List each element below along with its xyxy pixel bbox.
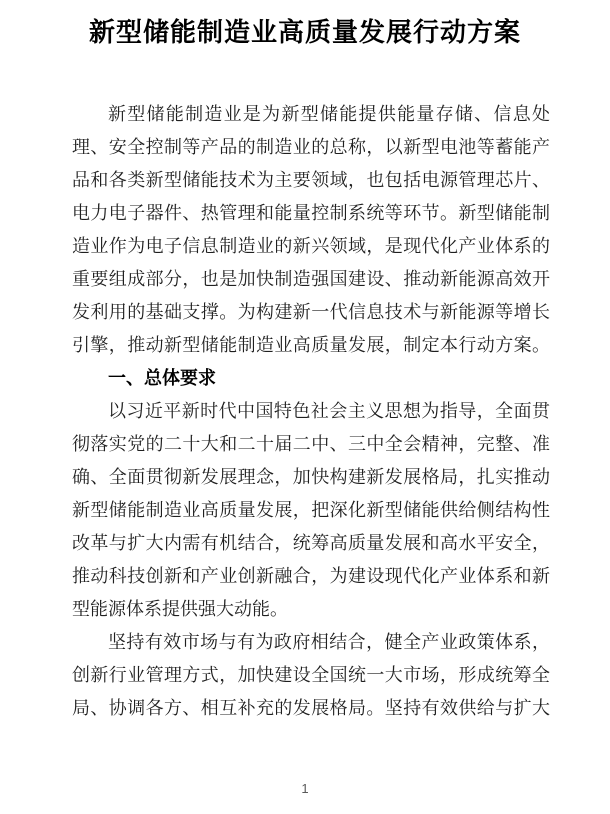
text-line: 创新行业管理方式，加快建设全国统一大市场，形成统筹全 <box>72 659 550 692</box>
text-line: 彻落实党的二十大和二十届二中、三中全会精神，完整、准 <box>72 428 550 461</box>
text-line: 新型储能制造业是为新型储能提供能量存储、信息处 <box>72 98 550 131</box>
text-line: 理、安全控制等产品的制造业的总称，以新型电池等蓄能产 <box>72 131 550 164</box>
document-page: 新型储能制造业高质量发展行动方案 新型储能制造业是为新型储能提供能量存储、信息处… <box>0 0 610 814</box>
paragraph: 新型储能制造业是为新型储能提供能量存储、信息处理、安全控制等产品的制造业的总称，… <box>72 98 550 362</box>
text-line: 新型储能制造业高质量发展，把深化新型储能供给侧结构性 <box>72 494 550 527</box>
document-body: 新型储能制造业是为新型储能提供能量存储、信息处理、安全控制等产品的制造业的总称，… <box>72 98 550 725</box>
text-line: 推动科技创新和产业创新融合，为建设现代化产业体系和新 <box>72 560 550 593</box>
paragraph: 坚持有效市场与有为政府相结合，健全产业政策体系，创新行业管理方式，加快建设全国统… <box>72 626 550 725</box>
section-heading: 一、总体要求 <box>72 362 550 395</box>
text-line: 造业作为电子信息制造业的新兴领域，是现代化产业体系的 <box>72 230 550 263</box>
text-line: 重要组成部分，也是加快制造强国建设、推动新能源高效开 <box>72 263 550 296</box>
text-line: 以习近平新时代中国特色社会主义思想为指导，全面贯 <box>72 395 550 428</box>
text-line: 改革与扩大内需有机结合，统筹高质量发展和高水平安全， <box>72 527 550 560</box>
document-title: 新型储能制造业高质量发展行动方案 <box>0 0 610 51</box>
text-line: 引擎，推动新型储能制造业高质量发展，制定本行动方案。 <box>72 329 550 362</box>
text-line: 坚持有效市场与有为政府相结合，健全产业政策体系， <box>72 626 550 659</box>
paragraph: 以习近平新时代中国特色社会主义思想为指导，全面贯彻落实党的二十大和二十届二中、三… <box>72 395 550 626</box>
text-line: 电力电子器件、热管理和能量控制系统等环节。新型储能制 <box>72 197 550 230</box>
text-line: 品和各类新型储能技术为主要领域，也包括电源管理芯片、 <box>72 164 550 197</box>
text-line: 局、协调各方、相互补充的发展格局。坚持有效供给与扩大 <box>72 692 550 725</box>
text-line: 发利用的基础支撑。为构建新一代信息技术与新能源等增长 <box>72 296 550 329</box>
text-line: 型能源体系提供强大动能。 <box>72 593 550 626</box>
text-line: 确、全面贯彻新发展理念，加快构建新发展格局，扎实推动 <box>72 461 550 494</box>
page-number: 1 <box>0 781 610 796</box>
